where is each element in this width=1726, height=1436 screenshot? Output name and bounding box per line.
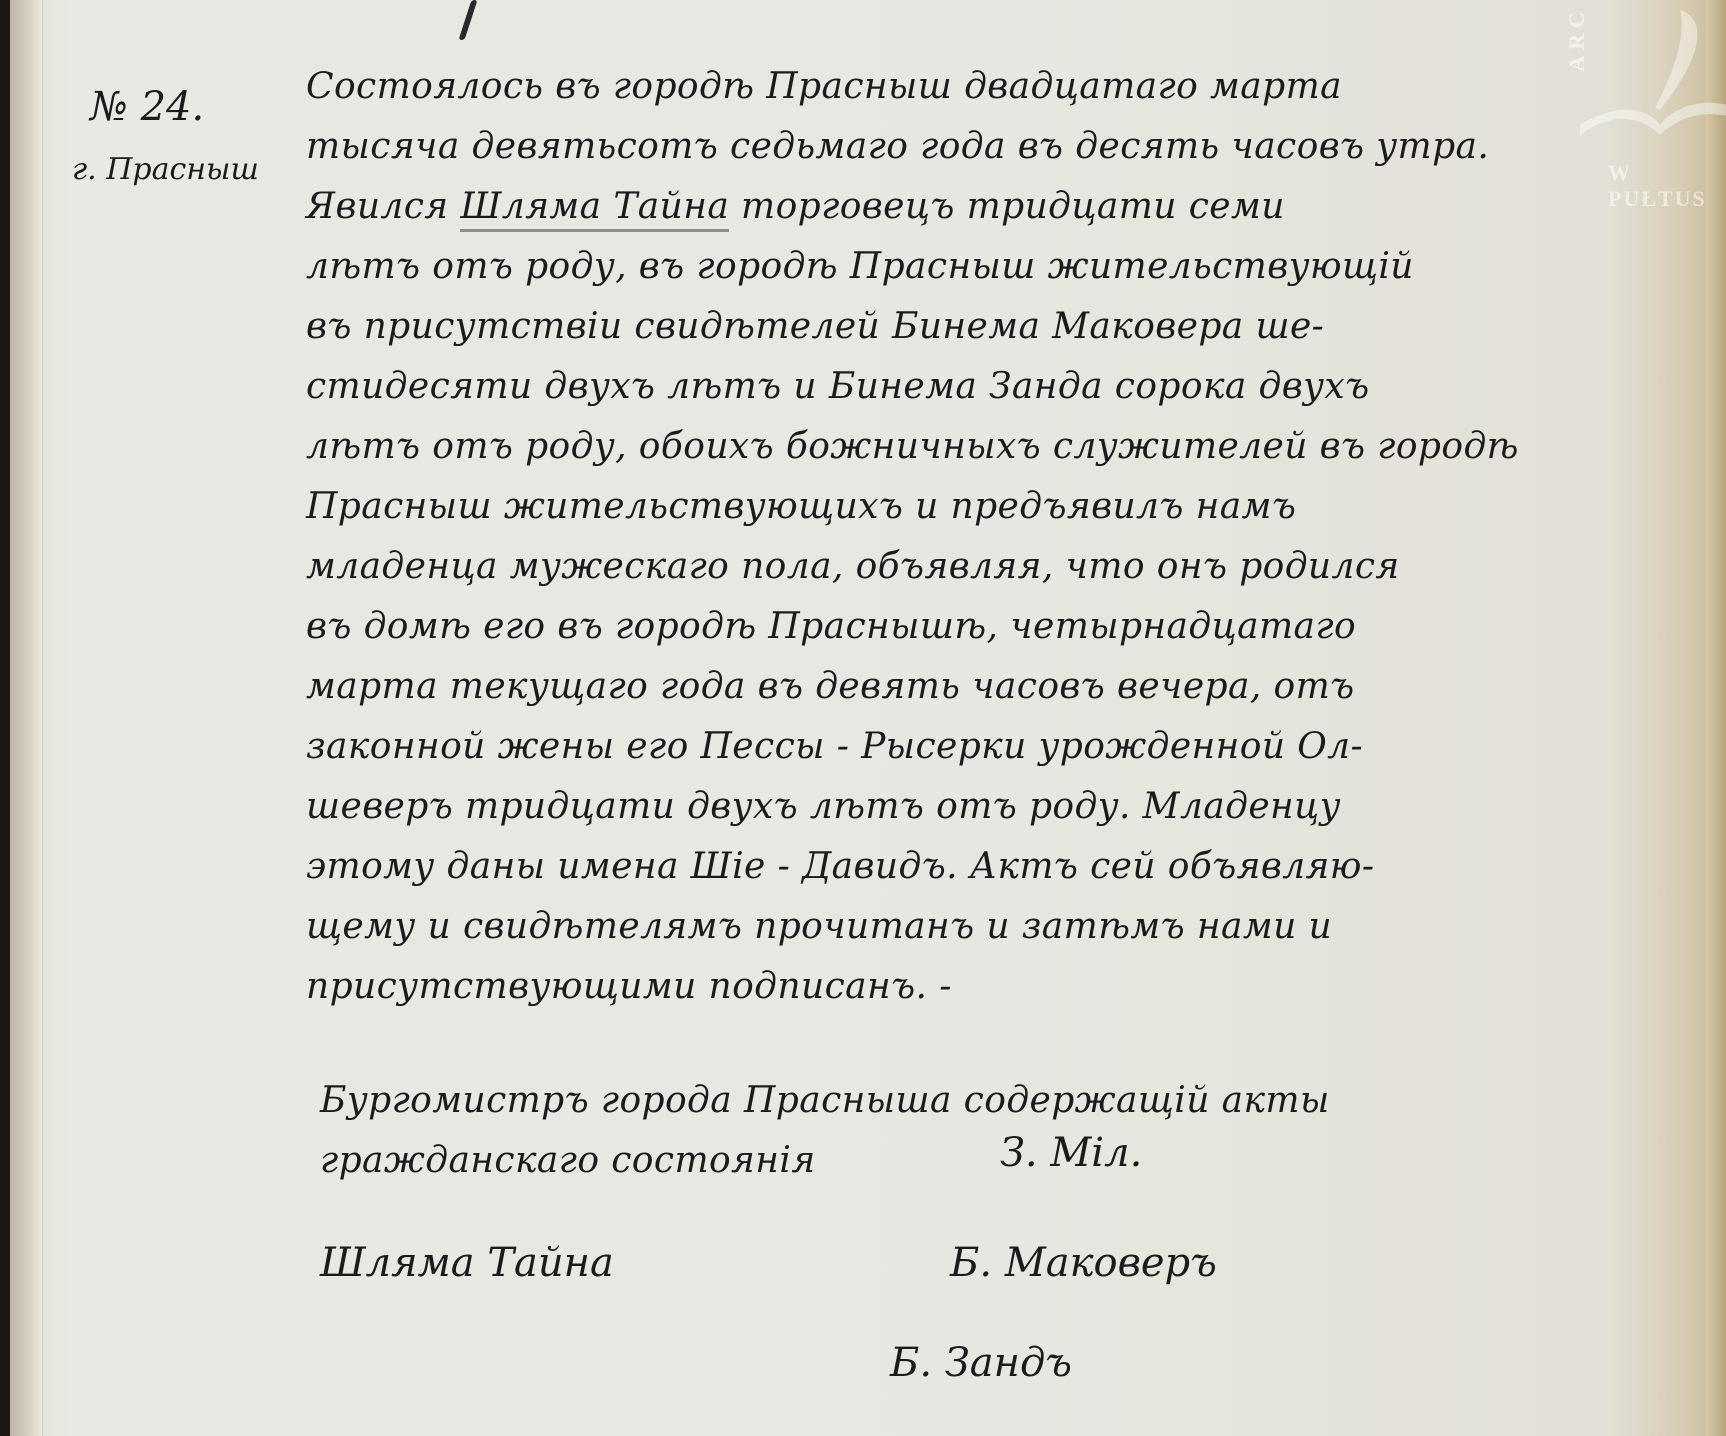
body-line: лѣтъ отъ роду, въ городѣ Прасныш жительс…: [306, 246, 1414, 287]
body-line: присутствующими подписанъ. -: [306, 966, 952, 1007]
page-right-edge: [1706, 0, 1726, 1436]
watermark-top-text: ARC: [1564, 6, 1590, 72]
closing-line: Бургомистръ города Прасныша содержащій а…: [320, 1080, 1330, 1121]
body-line: шеверъ тридцати двухъ лѣтъ отъ роду. Мла…: [306, 786, 1341, 827]
watermark-bottom-text: W PUŁTUS: [1608, 160, 1726, 212]
quill-book-icon: [1580, 0, 1726, 150]
archive-watermark: ARC W PUŁTUS: [1560, 0, 1726, 200]
body-line: Состоялось въ городѣ Прасныш двадцатаго …: [306, 66, 1342, 107]
act-number: № 24.: [90, 84, 204, 130]
body-line: лѣтъ отъ роду, обоихъ божничныхъ служите…: [306, 426, 1519, 467]
body-line: младенца мужескаго пола, объявляя, что о…: [306, 546, 1400, 587]
body-line: Прасныш жительствующихъ и предъявилъ нам…: [306, 486, 1296, 527]
body-line: въ домѣ его въ городѣ Праснышѣ, четырнад…: [306, 606, 1356, 647]
witness-2-signature: Б. Зандъ: [890, 1340, 1072, 1386]
closing-line: гражданскаго состоянія: [320, 1140, 816, 1181]
body-line: этому даны имена Шіе - Давидъ. Актъ сей …: [306, 846, 1374, 887]
body-line: стидесяти двухъ лѣтъ и Бинема Занда соро…: [306, 366, 1370, 407]
body-line: марта текущаго года въ девять часовъ веч…: [306, 666, 1355, 707]
body-line: щему и свидѣтелямъ прочитанъ и затѣмъ на…: [306, 906, 1332, 947]
body-line: въ присутствіи свидѣтелей Бинема Маковер…: [306, 306, 1324, 347]
body-line: тысяча девятьсотъ седьмаго года въ десят…: [306, 126, 1489, 167]
body-line: законной жены его Пессы - Рысерки урожде…: [306, 726, 1363, 767]
document-page: ARC W PUŁTUS № 24. г. Прасныш Состоялось…: [10, 0, 1726, 1436]
ink-stroke: [459, 0, 478, 40]
binding-edge: [10, 0, 43, 1436]
margin-town: г. Прасныш: [72, 152, 259, 187]
registrar-signature: З. Міл.: [1000, 1130, 1142, 1176]
father-signature: Шляма Тайна: [320, 1240, 614, 1286]
witness-1-signature: Б. Маковеръ: [950, 1240, 1217, 1286]
